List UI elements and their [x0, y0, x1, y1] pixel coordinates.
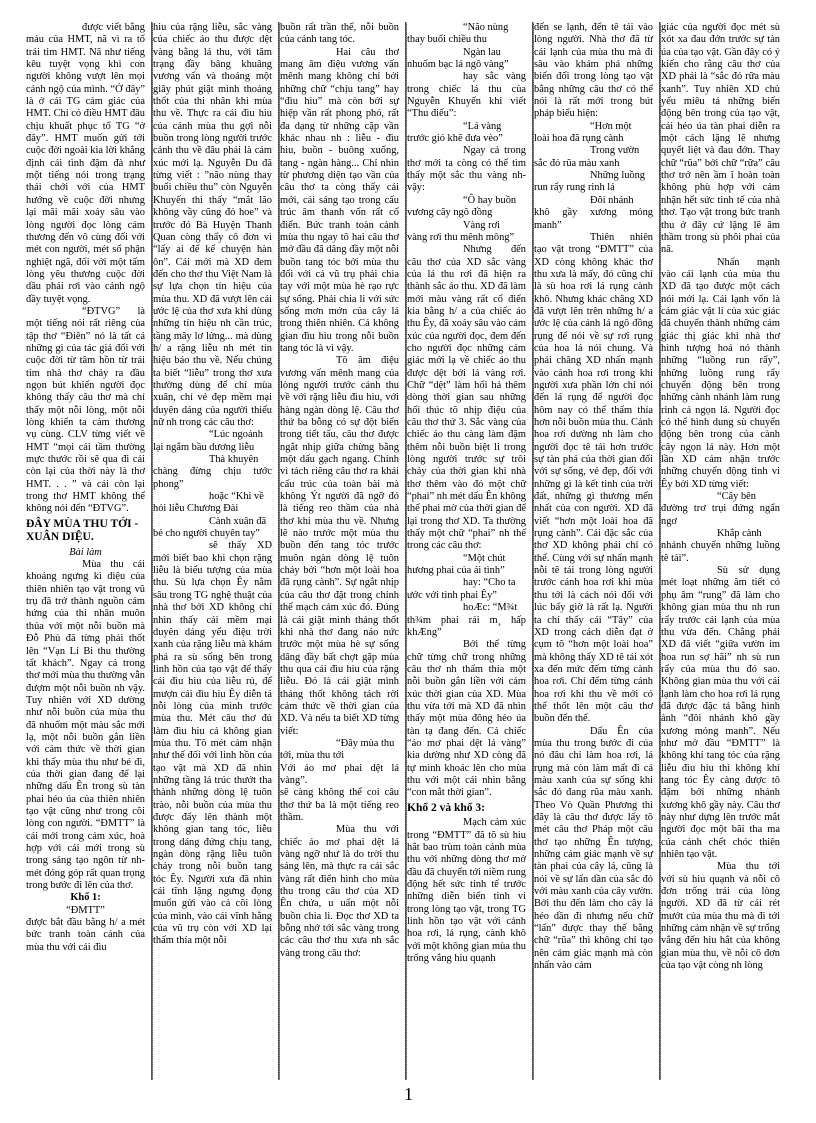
poem-line: Những luồng: [534, 170, 653, 182]
poem-line: hay: “Cho ta: [407, 577, 526, 589]
paragraph: Sù sử dụng mét loạt những âm tiết có phụ…: [661, 565, 780, 861]
poem-line: bẻ cho người chuyên tay”: [153, 528, 272, 540]
poem-quote: “Lá vàngtrước gió khẽ đưa vèo”: [407, 121, 526, 146]
poem-line: Đôi nhánh: [534, 195, 653, 207]
poem-title: “ĐMTT”: [26, 905, 145, 917]
poem-line: vương cây ngô đồng: [407, 207, 526, 219]
text-column-3: buồn rất trần thế, nỗi buồn của cảnh tan…: [280, 22, 405, 1080]
poem-line: hoÆc: “M¾t: [407, 602, 526, 614]
poem-quote: “Cây bênđường trơ trụi đứng ngẩn ngơ: [661, 491, 780, 528]
poem-line: khô gầy xương mỏng manh”: [534, 207, 653, 232]
paragraph: giác của người đọc mét sù xót xa đau đớn…: [661, 22, 780, 257]
section-heading: ĐÂY MÙA THU TỚI - XUÂN DIỆU.: [26, 518, 145, 545]
paragraph: sẽ càng không thể coi câu thơ thứ ba là …: [280, 787, 399, 824]
document-page: được viết bằng máu của HMT, nã vì ra tố …: [0, 0, 816, 1123]
paragraph: Bởi thế từng chữ từng chữ trong những câ…: [407, 639, 526, 799]
page-number: 1: [404, 1084, 413, 1105]
poem-line: Thà khuyên: [153, 454, 272, 466]
column-container: được viết bằng máu của HMT, nã vì ra tố …: [26, 22, 808, 1080]
poem-line: đường trơ trụi đứng ngẩn ngơ: [661, 503, 780, 528]
poem-line: ước với tình phai Êy”: [407, 590, 526, 602]
poem-line: Trong vườn: [534, 145, 653, 157]
poem-quote: Khắp cànhnhánh chuyển những luồng tê tái…: [661, 528, 780, 565]
text-column-4: “Não nùngthay buổi chiều thuNgàn launhuố…: [407, 22, 532, 1080]
poem-quote: “Lúc ngoảnhlại ngắm bầu dương liễu: [153, 429, 272, 454]
poem-line: loài hoa đã rụng cành: [534, 133, 653, 145]
poem-line: Vàng rơi: [407, 220, 526, 232]
text-column-2: hiu của rặng liễu, sắc vàng của chiếc áo…: [153, 22, 278, 1080]
poem-line: “Lá vàng: [407, 121, 526, 133]
poem-line: hỏi liễu Chương Đài: [153, 503, 272, 515]
paragraph: Ngay cả trong thơ mới ta còng có thể tìm…: [407, 145, 526, 194]
poem-line: sắc đỏ rũa màu xanh: [534, 158, 653, 170]
text-column-5: đến se lạnh, đến tê tái vào lòng người. …: [534, 22, 659, 1080]
text-column-1: được viết bằng máu của HMT, nã vì ra tố …: [26, 22, 151, 1080]
poem-quote: “Một chúthương phai của ái tình”: [407, 553, 526, 578]
poem-line: Cành xuân đã: [153, 516, 272, 528]
poem-quote: Vàng rơivàng rơi thu mênh mông”: [407, 220, 526, 245]
poem-line: “Một chút: [407, 553, 526, 565]
poem-line: Khắp cành: [661, 528, 780, 540]
paragraph: Mùa thu tới với sù hiu quạnh và nỗi cô đ…: [661, 861, 780, 972]
paragraph: buồn rất trần thế, nỗi buồn của cảnh tan…: [280, 22, 399, 47]
paragraph: được viết bằng máu của HMT, nã vì ra tố …: [26, 22, 145, 306]
paragraph: hay sắc vàng trong chiếc lá thu của Nguy…: [407, 71, 526, 120]
essay-label: Bài làm: [26, 547, 145, 559]
paragraph: Tõ âm điệu vương vấn mênh mang của lòng …: [280, 355, 399, 738]
poem-line: hương phai của ái tình”: [407, 565, 526, 577]
poem-line: “Lúc ngoảnh: [153, 429, 272, 441]
subsection-heading: Khổ 1:: [26, 892, 145, 904]
poem-quote: Cành xuân đãbẻ cho người chuyên tay”: [153, 516, 272, 541]
poem-line: th¾m phai rải m¸ hấp khÆng”: [407, 615, 526, 640]
poem-line: nhánh chuyển những luồng tê tái”.: [661, 540, 780, 565]
poem-line: tới, mùa thu tới: [280, 750, 399, 762]
section-heading: Khổ 2 và khổ 3:: [407, 802, 526, 816]
poem-line: “Não nùng: [407, 22, 526, 34]
poem-line: “Ô hay buồn: [407, 195, 526, 207]
poem-quote: hay: “Cho taước với tình phai Êy”: [407, 577, 526, 602]
paragraph: Dấu Ên của mùa thu trong bước đi của nó …: [534, 726, 653, 973]
poem-quote: Đôi nhánhkhô gầy xương mỏng manh”: [534, 195, 653, 232]
poem-line: trước gió khẽ đưa vèo”: [407, 133, 526, 145]
poem-quote: Những luồngrun rẩy rung rinh lá: [534, 170, 653, 195]
poem-quote: Thà khuyênchàng đừng chịu tước phong”: [153, 454, 272, 491]
poem-quote: hoặc “Khi vềhỏi liễu Chương Đài: [153, 491, 272, 516]
poem-quote: “Hơn mộtloài hoa đã rụng cành: [534, 121, 653, 146]
paragraph: “ĐTVG” là một tiếng nói rất riêng của tậ…: [26, 306, 145, 516]
poem-quote: “Não nùngthay buổi chiều thu: [407, 22, 526, 47]
poem-line: hoặc “Khi về: [153, 491, 272, 503]
poem-quote: Trong vườnsắc đỏ rũa màu xanh: [534, 145, 653, 170]
poem-line: chàng đừng chịu tước phong”: [153, 466, 272, 491]
poem-line: nhuốm bạc lá ngô vàng”: [407, 59, 526, 71]
paragraph: Mùa thu với chiếc áo mơ phai dệt lá vàng…: [280, 824, 399, 960]
poem-line: “Đây mùa thu: [280, 738, 399, 750]
poem-line: “Hơn một: [534, 121, 653, 133]
poem-line: Ngàn lau: [407, 47, 526, 59]
paragraph: Hai câu thơ mang âm điệu vương vấn mênh …: [280, 47, 399, 356]
poem-quote: “Ô hay buồnvương cây ngô đồng: [407, 195, 526, 220]
paragraph: sẽ thấy XD mới biết bao khi chọn rặng li…: [153, 540, 272, 947]
poem-line: vàng rơi thu mênh mông”: [407, 232, 526, 244]
paragraph: Nhưng đến câu thơ của XD sắc vàng của lá…: [407, 244, 526, 553]
poem-quote: Ngàn launhuốm bạc lá ngô vàng”: [407, 47, 526, 72]
poem-line: run rẩy rung rinh lá: [534, 182, 653, 194]
poem-line: “Cây bên: [661, 491, 780, 503]
poem-quote: “Đây mùa thutới, mùa thu tới: [280, 738, 399, 763]
poem-quote: hoÆc: “M¾tth¾m phai rải m¸ hấp khÆng”: [407, 602, 526, 639]
poem-line: thay buổi chiều thu: [407, 34, 526, 46]
paragraph: Với áo mơ phai dệt lá vàng”.: [280, 763, 399, 788]
paragraph: được bắt đầu bằng h/ a mét bức tranh toà…: [26, 917, 145, 954]
paragraph: Thiên nhiên tạo vật trong “ĐMTT” của XD …: [534, 232, 653, 726]
paragraph: Mạch cảm xúc trong “ĐMTT” đã tõ sù hiu h…: [407, 817, 526, 965]
paragraph: Nhấn mạnh vào cái lạnh của mùa thu XD đã…: [661, 257, 780, 492]
text-column-6: giác của người đọc mét sù xót xa đau đớn…: [661, 22, 786, 1080]
poem-line: lại ngắm bầu dương liễu: [153, 442, 272, 454]
paragraph: hiu của rặng liễu, sắc vàng của chiếc áo…: [153, 22, 272, 429]
paragraph: Mùa thu cái khoảng ngưng kì diệu của thi…: [26, 559, 145, 892]
paragraph: đến se lạnh, đến tê tái vào lòng người. …: [534, 22, 653, 121]
